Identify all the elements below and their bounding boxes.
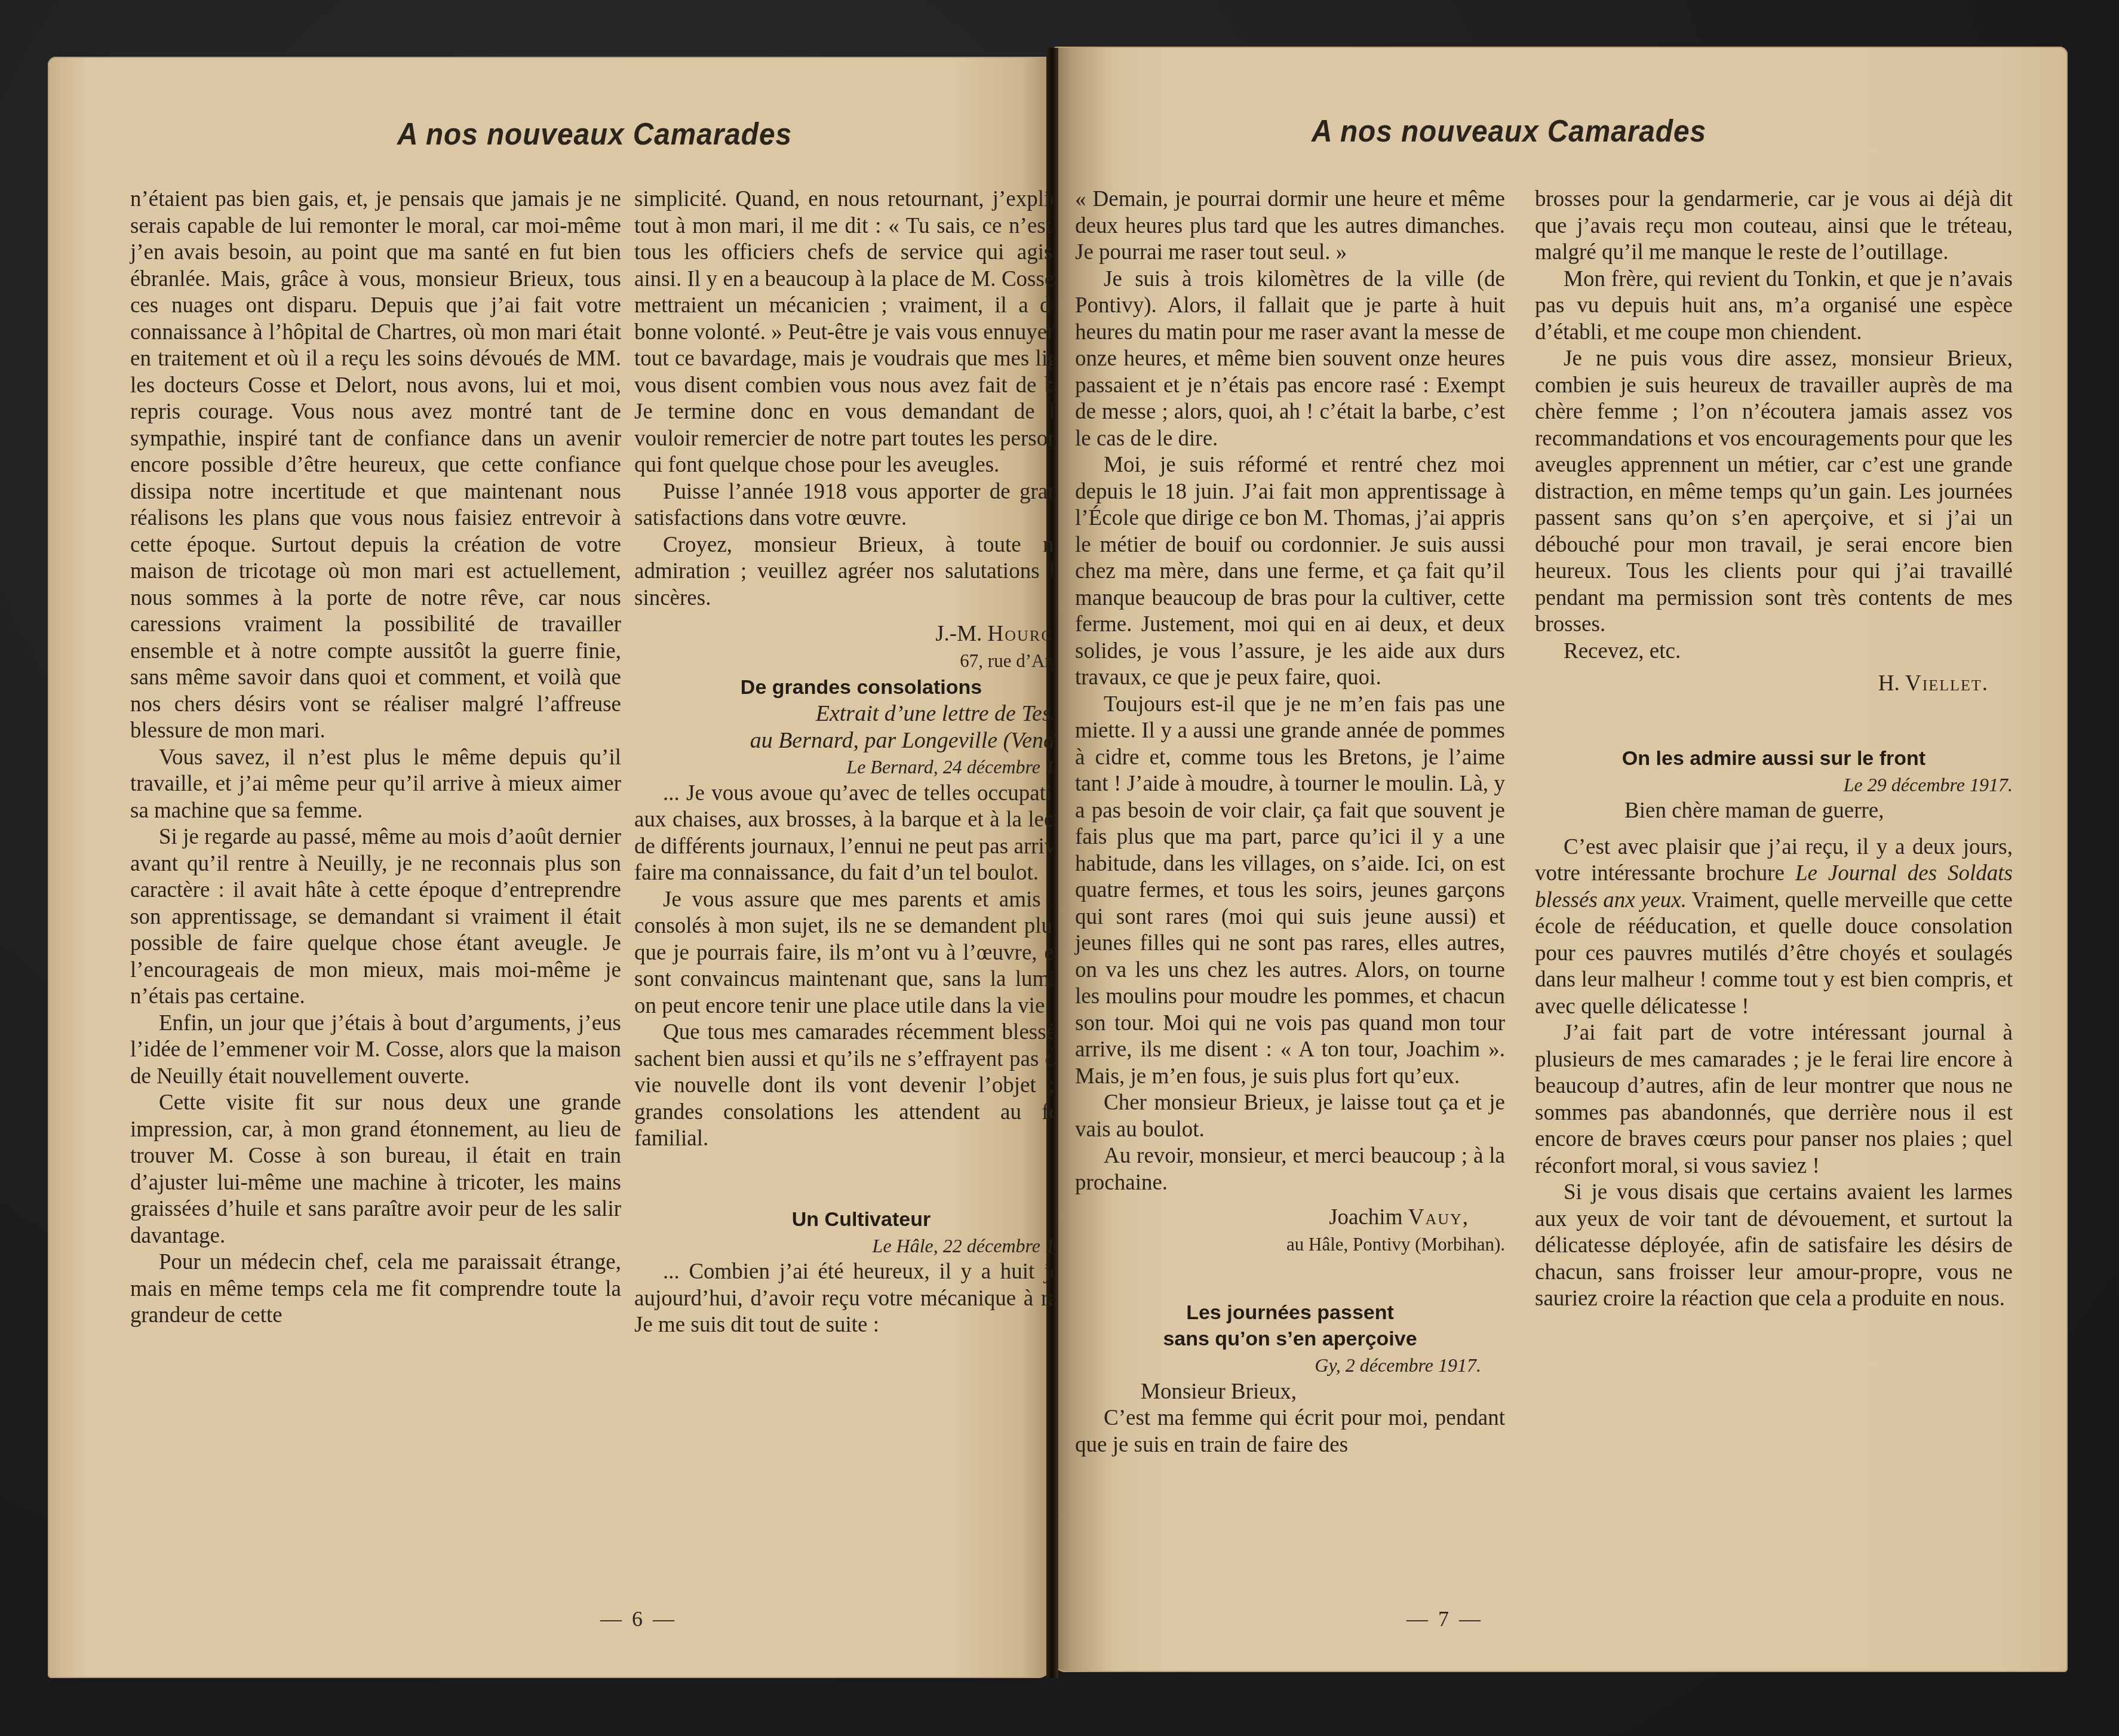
paragraph: Cher monsieur Brieux, je laisse tout ça …	[1075, 1090, 1505, 1143]
paragraph: Puisse l’année 1918 vous apporter de gra…	[634, 479, 1052, 532]
signature-surname: Hourcade	[988, 622, 1052, 646]
signature: H. Viellet.	[1535, 671, 2013, 698]
paragraph: Pour un médecin chef, cela me paraissait…	[130, 1249, 621, 1329]
left-page-column-2: simplicité. Quand, en nous retournant, j…	[634, 186, 1052, 1608]
paragraph: Je ne puis vous dire assez, monsieur Bri…	[1535, 346, 2013, 638]
right-page-column-2: brosses pour la gendarmerie, car je vous…	[1535, 186, 2013, 1313]
dateline: Gy, 2 décembre 1917.	[1075, 1352, 1505, 1379]
paragraph: Recevez, etc.	[1535, 638, 2013, 665]
left-running-head: A nos nouveaux Camarades	[397, 116, 792, 152]
section-subtitle: au Bernard, par Longeville (Vendée).	[634, 727, 1052, 754]
signature: Joachim Vauy,	[1075, 1205, 1505, 1231]
dateline: Le 29 décembre 1917.	[1535, 772, 2013, 798]
paragraph: Au revoir, monsieur, et merci beaucoup ;…	[1075, 1143, 1505, 1196]
paragraph: C’est avec plaisir que j’ai reçu, il y a…	[1535, 834, 2013, 1021]
signature-surname: Vauy,	[1408, 1205, 1469, 1230]
paragraph: Vous savez, il n’est plus le même depuis…	[130, 745, 621, 825]
salutation: Monsieur Brieux,	[1075, 1379, 1505, 1406]
signature-address: au Hâle, Pontivy (Morbihan).	[1075, 1231, 1505, 1258]
section-title-cultivateur: Un Cultivateur	[634, 1206, 1052, 1233]
section-subtitle: Extrait d’une lettre de Tessier,	[634, 700, 1052, 727]
paragraph: Si je regarde au passé, même au mois d’a…	[130, 824, 621, 1010]
salutation: Bien chère maman de guerre,	[1535, 798, 2013, 825]
left-page-column-1: n’étaient pas bien gais, et, je pensais …	[130, 186, 621, 1329]
paragraph: C’est ma femme qui écrit pour moi, penda…	[1075, 1405, 1505, 1458]
paragraph: Enfin, un jour que j’étais à bout d’argu…	[130, 1010, 621, 1090]
right-page-column-1: « Demain, je pourrai dormir une heure et…	[1064, 186, 1506, 1620]
section-title-front: On les admire aussi sur le front	[1535, 745, 2013, 772]
signature-first-name: Joachim	[1329, 1205, 1408, 1230]
paragraph: Cette visite fit sur nous deux une grand…	[130, 1090, 621, 1249]
signature: J.-M. Hourcade	[634, 621, 1052, 648]
paragraph: Si je vous disais que certains avaient l…	[1535, 1179, 2013, 1313]
signature-surname: Viellet.	[1905, 671, 1989, 696]
section-title-grandes-consolations: De grandes consolations	[634, 674, 1052, 700]
page-number-left: — 6 —	[600, 1606, 677, 1631]
paragraph: brosses pour la gendarmerie, car je vous…	[1535, 186, 2013, 266]
signature-initials: J.-M.	[935, 622, 987, 646]
page-number-right: — 7 —	[1406, 1606, 1483, 1631]
paragraph: J’ai fait part de votre intéressant jour…	[1535, 1020, 2013, 1179]
signature-initial: H.	[1878, 671, 1905, 696]
section-title-journees-line2: sans qu’on s’en aperçoive	[1075, 1326, 1505, 1352]
paragraph: ... Je vous avoue qu’avec de telles occu…	[634, 781, 1052, 887]
paragraph: simplicité. Quand, en nous retournant, j…	[634, 186, 1052, 479]
paragraph: Je vous assure que mes parents et amis s…	[634, 887, 1052, 1020]
dateline: Le Bernard, 24 décembre 1917.	[634, 754, 1052, 781]
signature-address: 67, rue d’Argout.	[634, 648, 1052, 675]
paragraph: Moi, je suis réformé et rentré chez moi …	[1075, 452, 1505, 692]
paragraph: ... Combien j’ai été heureux, il y a hui…	[634, 1259, 1052, 1339]
paragraph: Toujours est-il que je ne m’en fais pas …	[1075, 692, 1505, 1090]
paragraph: Croyez, monsieur Brieux, à toute notre a…	[634, 532, 1052, 612]
right-running-head: A nos nouveaux Camarades	[1312, 113, 1706, 149]
paragraph: n’étaient pas bien gais, et, je pensais …	[130, 186, 621, 745]
dateline: Le Hâle, 22 décembre 1917.	[634, 1233, 1052, 1259]
paragraph: Que tous mes camarades récemment blessés…	[634, 1019, 1052, 1153]
section-title-journees: Les journées passent	[1075, 1299, 1505, 1326]
paragraph: Mon frère, qui revient du Tonkin, et que…	[1535, 266, 2013, 346]
paragraph: Je suis à trois kilomètres de la ville (…	[1075, 266, 1505, 453]
paragraph: « Demain, je pourrai dormir une heure et…	[1075, 186, 1505, 266]
